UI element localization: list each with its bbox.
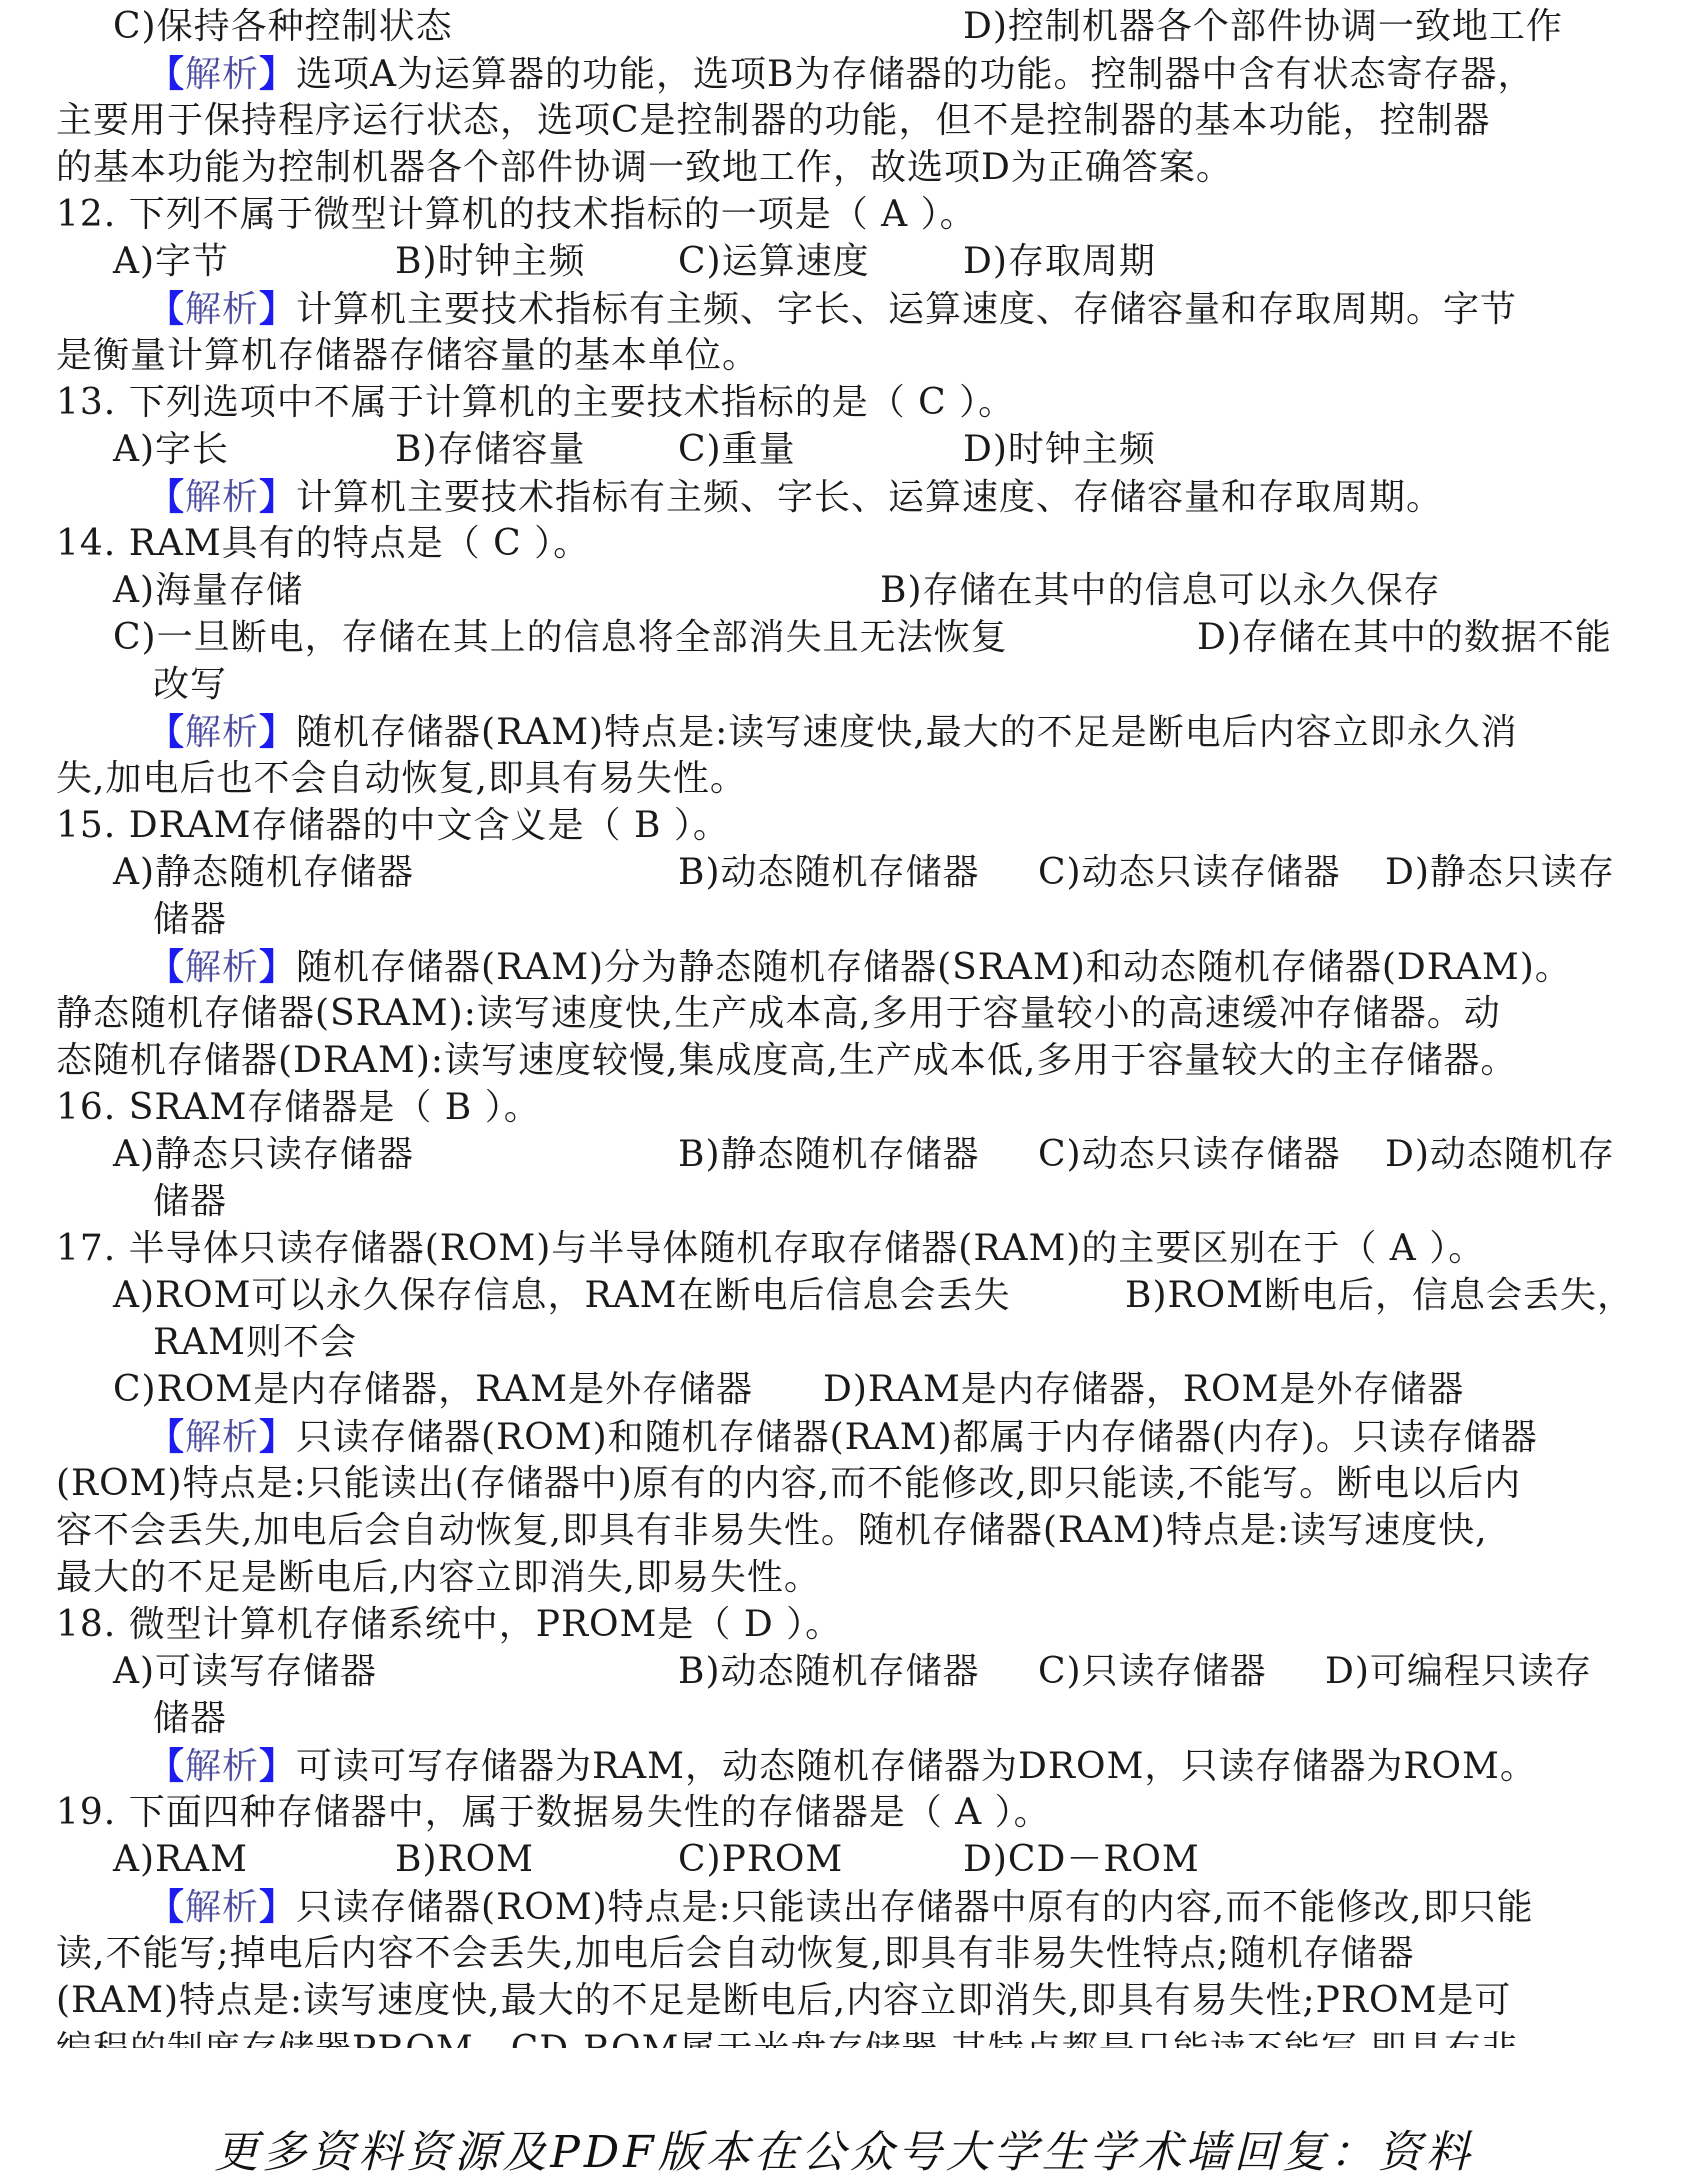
question-15-analysis: 态随机存储器(DRAM):读写速度较慢,集成度高,生产成本低,多用于容量较大的主… [56, 1038, 1517, 1084]
question-stem: 下列不属于微型计算机的技术指标的一项是（ A ）。 [129, 194, 977, 235]
option-b: B)存储容量 [395, 427, 586, 473]
option-a: A)静态随机存储器 [113, 850, 414, 896]
question-13-stem: 13. 下列选项中不属于计算机的主要技术指标的是（ C ）。 [56, 380, 1015, 426]
q11-option-c: C)保持各种控制状态 [113, 4, 453, 50]
option-b: B)存储在其中的信息可以永久保存 [880, 568, 1441, 614]
option-c: C)运算速度 [678, 239, 870, 285]
question-stem: DRAM存储器的中文含义是（ B ）。 [129, 805, 730, 846]
q11-analysis-line: 的基本功能为控制机器各个部件协调一致地工作，故选项D为正确答案。 [56, 145, 1233, 191]
question-12-analysis: 【解析】计算机主要技术指标有主频、字长、运算速度、存储容量和存取周期。字节 [148, 286, 1517, 332]
option-c: C)动态只读存储器 [1038, 1132, 1341, 1178]
option-d-continued: 改写 [153, 662, 227, 708]
option-a: A)RAM [113, 1837, 248, 1883]
question-18-stem: 18. 微型计算机存储系统中，PROM是（ D ）。 [56, 1602, 842, 1648]
option-d: D)动态随机存 [1385, 1132, 1615, 1178]
option-b: B)动态随机存储器 [678, 850, 980, 896]
question-stem: RAM具有的特点是（ C ）。 [129, 523, 590, 564]
option-a: A)可读写存储器 [113, 1649, 377, 1695]
option-c: C)重量 [678, 427, 796, 473]
question-stem: 微型计算机存储系统中，PROM是（ D ）。 [129, 1604, 842, 1645]
analysis-tag: 【解析】 [148, 51, 296, 98]
question-stem: 下面四种存储器中，属于数据易失性的存储器是（ A ）。 [129, 1792, 1051, 1833]
question-15-analysis: 【解析】随机存储器(RAM)分为静态随机存储器(SRAM)和动态随机存储器(DR… [148, 944, 1572, 990]
option-b: B)ROM [395, 1837, 534, 1883]
option-a: A)海量存储 [113, 568, 303, 614]
question-number: 17. [56, 1228, 116, 1269]
question-number: 13. [56, 382, 116, 423]
option-b: B)静态随机存储器 [678, 1132, 980, 1178]
option-a: A)ROM可以永久保存信息，RAM在断电后信息会丢失 [113, 1273, 1011, 1319]
question-stem: 下列选项中不属于计算机的主要技术指标的是（ C ）。 [129, 382, 1015, 423]
question-13-analysis: 【解析】计算机主要技术指标有主频、字长、运算速度、存储容量和存取周期。 [148, 474, 1443, 520]
analysis-tag: 【解析】 [148, 474, 296, 521]
option-c: C)ROM是内存储器，RAM是外存储器 [113, 1367, 753, 1413]
option-c: C)PROM [678, 1837, 843, 1883]
question-17-analysis: 最大的不足是断电后,内容立即消失,即易失性。 [56, 1555, 821, 1601]
option-d: D)静态只读存 [1385, 850, 1615, 896]
question-12-stem: 12. 下列不属于微型计算机的技术指标的一项是（ A ）。 [56, 192, 977, 238]
question-19-analysis: (RAM)特点是:读写速度快,最大的不足是断电后,内容立即消失,即具有易失性;P… [56, 1978, 1511, 2024]
q11-analysis-line: 主要用于保持程序运行状态，选项C是控制器的功能，但不是控制器的基本功能，控制器 [56, 98, 1491, 144]
q11-option-d: D)控制机器各个部件协调一致地工作 [963, 4, 1563, 50]
option-b-continued: RAM则不会 [153, 1320, 357, 1366]
question-stem: 半导体只读存储器(ROM)与半导体随机存取存储器(RAM)的主要区别在于（ A … [129, 1228, 1486, 1269]
option-d-continued: 储器 [153, 897, 227, 943]
clipped-line-container: 编程的制度存储器PROM，CD-ROM属于光盘存储器,其特点都是只能读不能写,即… [0, 2027, 1688, 2048]
question-number: 19. [56, 1792, 116, 1833]
question-14-stem: 14. RAM具有的特点是（ C ）。 [56, 521, 590, 567]
footer-note: 更多资料资源及PDF版本在公众号大学生学术墙回复：资料 [0, 2125, 1688, 2181]
question-15-stem: 15. DRAM存储器的中文含义是（ B ）。 [56, 803, 730, 849]
option-d: D)时钟主频 [963, 427, 1156, 473]
option-d: D)存取周期 [963, 239, 1156, 285]
option-b: B)动态随机存储器 [678, 1649, 980, 1695]
question-number: 15. [56, 805, 116, 846]
question-19-analysis-clipped: 编程的制度存储器PROM，CD-ROM属于光盘存储器,其特点都是只能读不能写,即… [56, 2027, 1518, 2048]
option-c: C)一旦断电，存储在其上的信息将全部消失且无法恢复 [113, 615, 1008, 661]
document-page: C)保持各种控制状态 D)控制机器各个部件协调一致地工作 【解析】选项A为运算器… [0, 0, 1688, 2183]
option-d: D)RAM是内存储器，ROM是外存储器 [823, 1367, 1464, 1413]
question-14-analysis: 【解析】随机存储器(RAM)特点是:读写速度快,最大的不足是断电后内容立即永久消 [148, 709, 1518, 755]
question-number: 12. [56, 194, 116, 235]
analysis-tag: 【解析】 [148, 1743, 296, 1790]
question-number: 18. [56, 1604, 116, 1645]
option-a: A)静态只读存储器 [113, 1132, 414, 1178]
question-number: 14. [56, 523, 116, 564]
analysis-tag: 【解析】 [148, 286, 296, 333]
question-15-analysis: 静态随机存储器(SRAM):读写速度快,生产成本高,多用于容量较小的高速缓冲存储… [56, 991, 1501, 1037]
option-c: C)只读存储器 [1038, 1649, 1267, 1695]
option-d-continued: 储器 [153, 1696, 227, 1742]
option-a: A)字节 [113, 239, 229, 285]
analysis-tag: 【解析】 [148, 1884, 296, 1931]
option-a: A)字长 [113, 427, 229, 473]
question-19-analysis: 【解析】只读存储器(ROM)特点是:只能读出存储器中原有的内容,而不能修改,即只… [148, 1884, 1534, 1930]
option-c: C)动态只读存储器 [1038, 850, 1341, 896]
question-number: 16. [56, 1087, 116, 1128]
question-17-analysis: 容不会丢失,加电后会自动恢复,即具有非易失性。随机存储器(RAM)特点是:读写速… [56, 1508, 1488, 1554]
analysis-tag: 【解析】 [148, 709, 296, 756]
option-d: D)可编程只读存 [1325, 1649, 1592, 1695]
question-stem: SRAM存储器是（ B ）。 [129, 1087, 541, 1128]
question-19-analysis: 读,不能写;掉电后内容不会丢失,加电后会自动恢复,即具有非易失性特点;随机存储器 [56, 1931, 1415, 1977]
q11-analysis-line: 【解析】选项A为运算器的功能，选项B为存储器的功能。控制器中含有状态寄存器， [148, 51, 1535, 97]
question-17-stem: 17. 半导体只读存储器(ROM)与半导体随机存取存储器(RAM)的主要区别在于… [56, 1226, 1485, 1272]
question-19-stem: 19. 下面四种存储器中，属于数据易失性的存储器是（ A ）。 [56, 1790, 1051, 1836]
option-d-continued: 储器 [153, 1179, 227, 1225]
option-b: B)时钟主频 [395, 239, 586, 285]
analysis-tag: 【解析】 [148, 944, 296, 991]
question-18-analysis: 【解析】可读可写存储器为RAM，动态随机存储器为DROM，只读存储器为ROM。 [148, 1743, 1537, 1789]
question-12-analysis: 是衡量计算机存储器存储容量的基本单位。 [56, 333, 759, 379]
question-16-stem: 16. SRAM存储器是（ B ）。 [56, 1085, 541, 1131]
option-d: D)CD－ROM [963, 1837, 1200, 1883]
option-d: D)存储在其中的数据不能 [1197, 615, 1612, 661]
question-17-analysis: 【解析】只读存储器(ROM)和随机存储器(RAM)都属于内存储器(内存)。只读存… [148, 1414, 1538, 1460]
question-14-analysis: 失,加电后也不会自动恢复,即具有易失性。 [56, 756, 747, 802]
question-17-analysis: (ROM)特点是:只能读出(存储器中)原有的内容,而不能修改,即只能读,不能写。… [56, 1461, 1521, 1507]
option-b: B)ROM断电后，信息会丢失， [1125, 1273, 1634, 1319]
analysis-tag: 【解析】 [148, 1414, 296, 1461]
